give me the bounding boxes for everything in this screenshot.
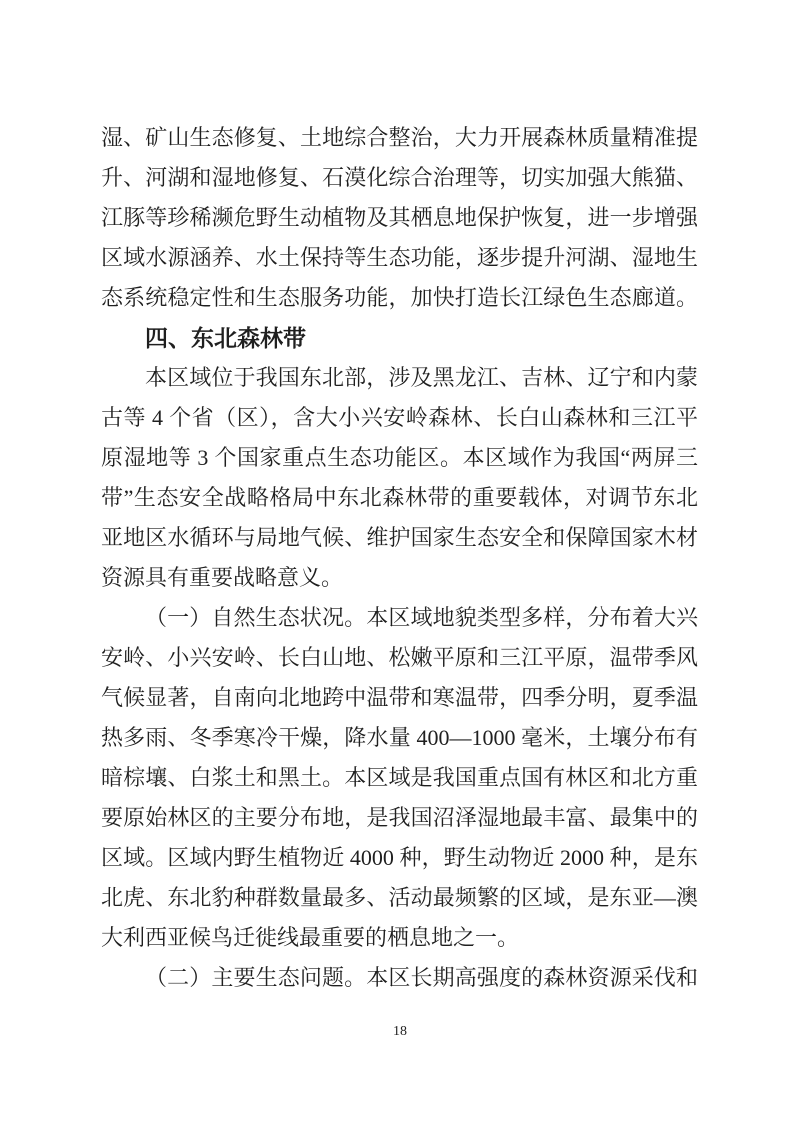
section-heading: 四、东北森林带: [101, 318, 698, 358]
text-line: 要原始林区的主要分布地，是我国沼泽湿地最丰富、最集中的: [101, 798, 698, 838]
document-page: 湿、矿山生态修复、土地综合整治，大力开展森林质量精准提 升、河湖和湿地修复、石漠…: [0, 0, 800, 1131]
text-line: 态系统稳定性和生态服务功能，加快打造长江绿色生态廊道。: [101, 278, 698, 318]
text-line: 区域水源涵养、水土保持等生态功能，逐步提升河湖、湿地生: [101, 238, 698, 278]
text-line: 热多雨、冬季寒冷干燥，降水量 400—1000 毫米，土壤分布有: [101, 718, 698, 758]
text-line: 亚地区水循环与局地气候、维护国家生态安全和保障国家木材: [101, 518, 698, 558]
text-line: 本区域位于我国东北部，涉及黑龙江、吉林、辽宁和内蒙: [101, 358, 698, 398]
page-text-body: 湿、矿山生态修复、土地综合整治，大力开展森林质量精准提 升、河湖和湿地修复、石漠…: [101, 118, 698, 998]
text-line: 资源具有重要战略意义。: [101, 558, 698, 598]
text-line: 原湿地等 3 个国家重点生态功能区。本区域作为我国“两屏三: [101, 438, 698, 478]
text-line: 湿、矿山生态修复、土地综合整治，大力开展森林质量精准提: [101, 118, 698, 158]
text-line: 安岭、小兴安岭、长白山地、松嫩平原和三江平原，温带季风: [101, 638, 698, 678]
text-line: 气候显著，自南向北地跨中温带和寒温带，四季分明，夏季温: [101, 678, 698, 718]
page-number: 18: [0, 1024, 800, 1040]
text-line: （二）主要生态问题。本区长期高强度的森林资源采伐和: [101, 958, 698, 998]
text-line: 古等 4 个省（区），含大小兴安岭森林、长白山森林和三江平: [101, 398, 698, 438]
text-line: 暗棕壤、白浆土和黑土。本区域是我国重点国有林区和北方重: [101, 758, 698, 798]
text-line: 升、河湖和湿地修复、石漠化综合治理等，切实加强大熊猫、: [101, 158, 698, 198]
text-line: 大利西亚候鸟迁徙线最重要的栖息地之一。: [101, 918, 698, 958]
text-line: 带”生态安全战略格局中东北森林带的重要载体，对调节东北: [101, 478, 698, 518]
text-line: （一）自然生态状况。本区域地貌类型多样，分布着大兴: [101, 598, 698, 638]
text-line: 江豚等珍稀濒危野生动植物及其栖息地保护恢复，进一步增强: [101, 198, 698, 238]
text-line: 北虎、东北豹种群数量最多、活动最频繁的区域，是东亚—澳: [101, 878, 698, 918]
text-line: 区域。区域内野生植物近 4000 种，野生动物近 2000 种，是东: [101, 838, 698, 878]
